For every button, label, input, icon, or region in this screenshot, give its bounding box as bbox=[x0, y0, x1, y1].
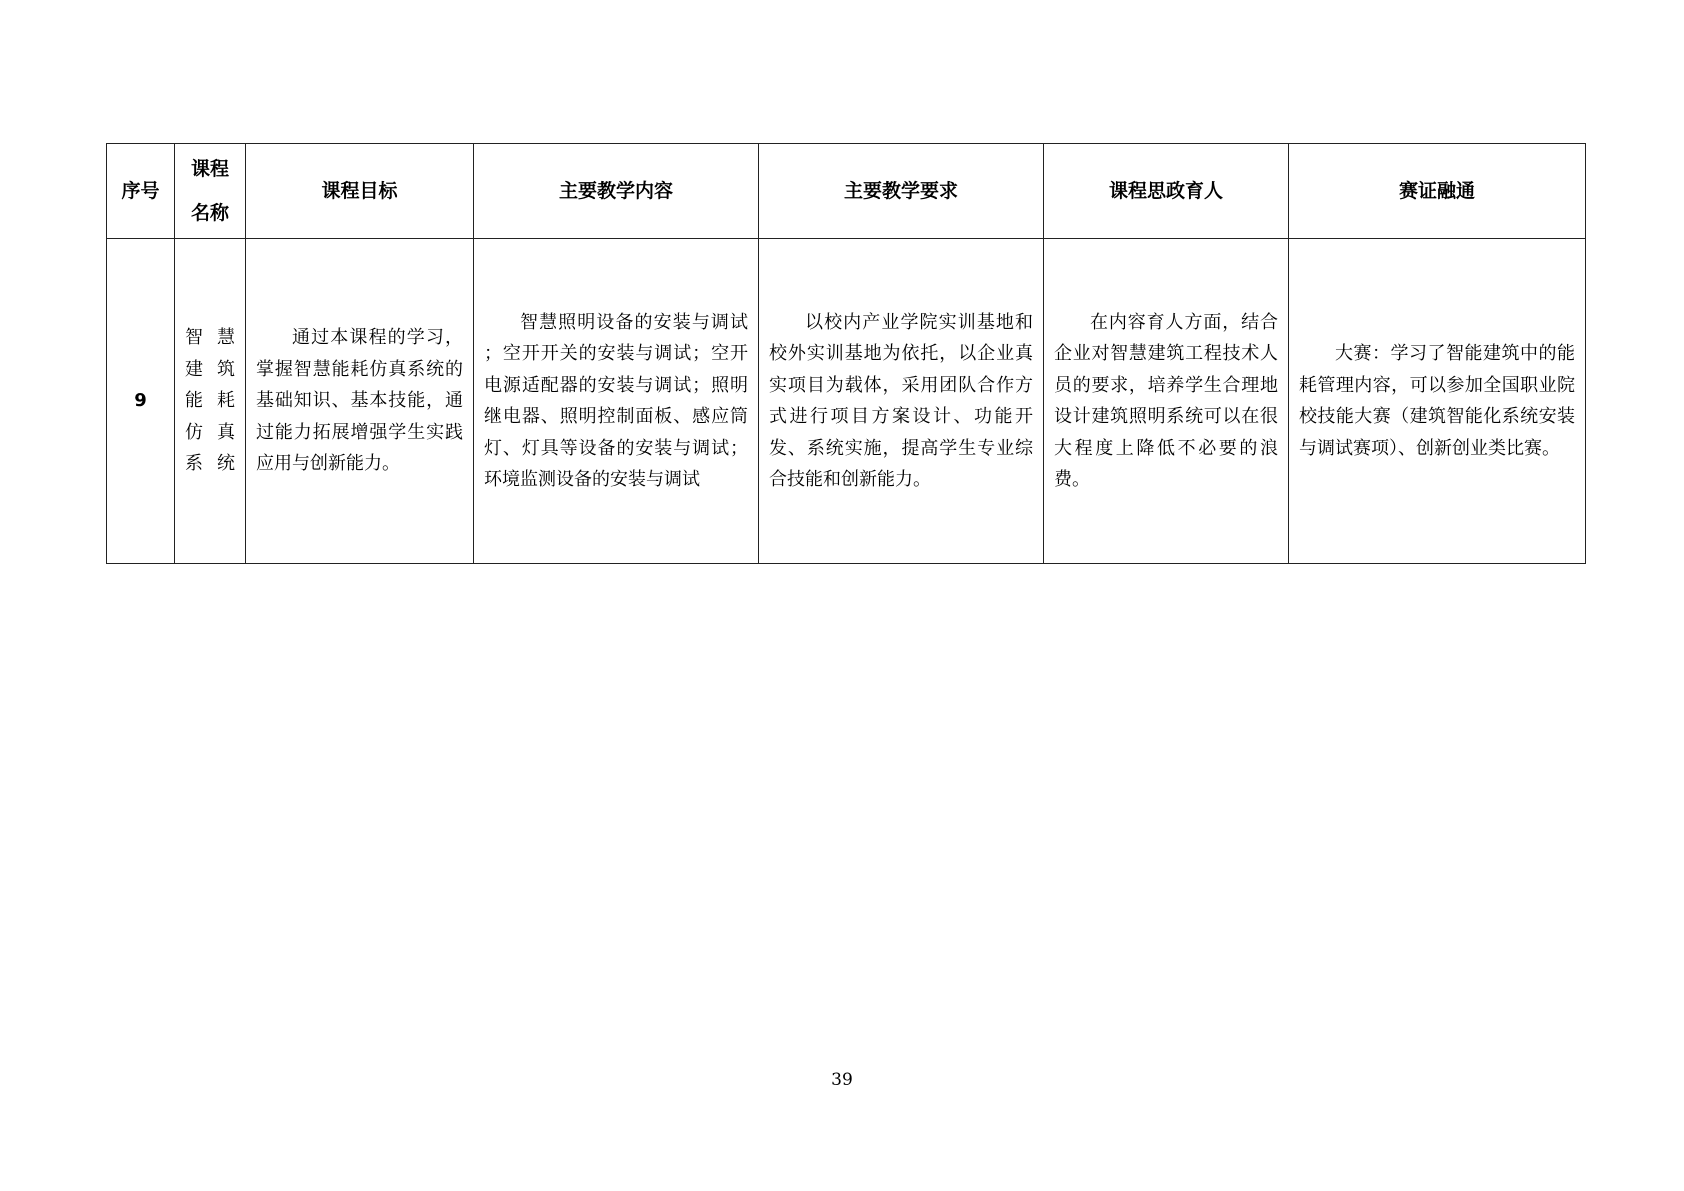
row-course-goal: 通过本课程的学习，掌握智慧能耗仿真系统的基础知识、基本技能，通过能力拓展增强学生… bbox=[246, 322, 473, 480]
row-main-requirements-cell: 以校内产业学院实训基地和校外实训基地为依托，以企业真实项目为载体，采用团队合作方… bbox=[759, 239, 1044, 564]
header-main-requirements: 主要教学要求 bbox=[759, 144, 1044, 239]
row-ideological-education-cell: 在内容育人方面，结合企业对智慧建筑工程技术人员的要求，培养学生合理地设计建筑照明… bbox=[1044, 239, 1289, 564]
row-number: 9 bbox=[107, 239, 175, 564]
page-number: 39 bbox=[0, 1070, 1684, 1090]
header-ideological-education: 课程思政育人 bbox=[1044, 144, 1289, 239]
row-course-goal-cell: 通过本课程的学习，掌握智慧能耗仿真系统的基础知识、基本技能，通过能力拓展增强学生… bbox=[246, 239, 474, 564]
row-competition-certificate-cell: 大赛：学习了智能建筑中的能耗管理内容，可以参加全国职业院校技能大赛（建筑智能化系… bbox=[1289, 239, 1586, 564]
header-course-name-line1: 课程 bbox=[175, 147, 245, 191]
row-course-name-cell: 智慧建筑能耗仿真系统 bbox=[175, 239, 246, 564]
header-course-goal: 课程目标 bbox=[246, 144, 474, 239]
header-course-name-line2: 名称 bbox=[175, 191, 245, 235]
header-number: 序号 bbox=[107, 144, 175, 239]
header-course-name: 课程 名称 bbox=[175, 144, 246, 239]
header-competition-certificate: 赛证融通 bbox=[1289, 144, 1586, 239]
row-main-content-cell: 智慧照明设备的安装与调试 ；空开开关的安装与调试；空开电源适配器的安装与调试；照… bbox=[474, 239, 759, 564]
row-competition-certificate: 大赛：学习了智能建筑中的能耗管理内容，可以参加全国职业院校技能大赛（建筑智能化系… bbox=[1289, 338, 1585, 464]
table-row: 9 智慧建筑能耗仿真系统 通过本课程的学习，掌握智慧能耗仿真系统的基础知识、基本… bbox=[107, 239, 1586, 564]
header-main-content: 主要教学内容 bbox=[474, 144, 759, 239]
row-course-name: 智慧建筑能耗仿真系统 bbox=[175, 322, 245, 480]
row-main-requirements: 以校内产业学院实训基地和校外实训基地为依托，以企业真实项目为载体，采用团队合作方… bbox=[759, 307, 1043, 496]
row-ideological-education: 在内容育人方面，结合企业对智慧建筑工程技术人员的要求，培养学生合理地设计建筑照明… bbox=[1044, 307, 1288, 496]
table-header-row: 序号 课程 名称 课程目标 主要教学内容 主要教学要求 课程思政育人 赛证融通 bbox=[107, 144, 1586, 239]
row-main-content: 智慧照明设备的安装与调试 ；空开开关的安装与调试；空开电源适配器的安装与调试；照… bbox=[474, 307, 758, 496]
course-table: 序号 课程 名称 课程目标 主要教学内容 主要教学要求 课程思政育人 赛证融通 … bbox=[106, 143, 1586, 564]
